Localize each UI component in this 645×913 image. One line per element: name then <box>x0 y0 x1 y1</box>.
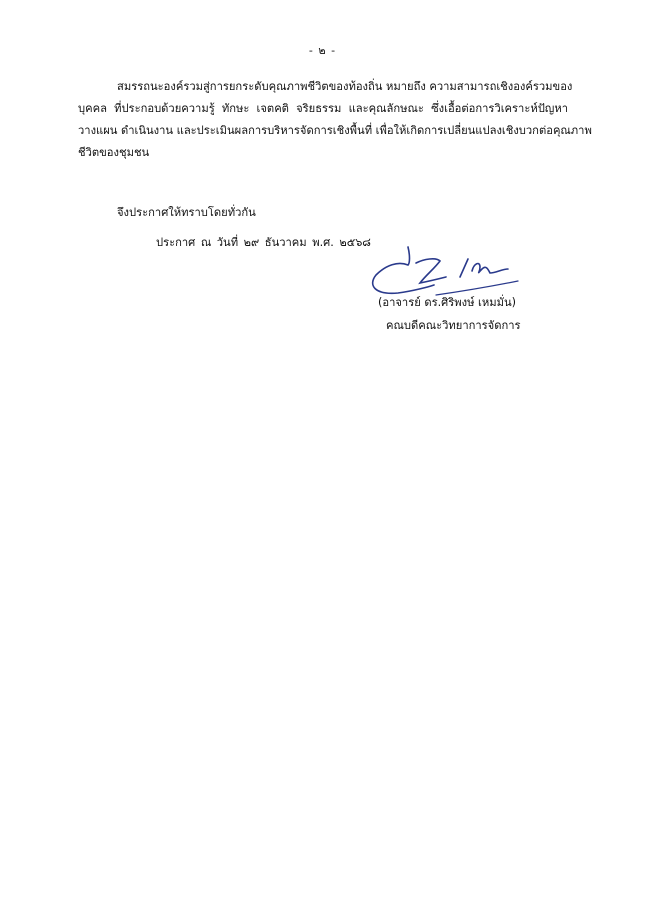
body-paragraph: สมรรถนะองค์รวมสู่การยกระดับคุณภาพชีวิตขอ… <box>78 76 568 164</box>
announcement-text: จึงประกาศให้ทราบโดยทั่วกัน <box>117 203 256 221</box>
paragraph-line: บุคคล ที่ประกอบด้วยความรู้ ทักษะ เจตคติ … <box>78 98 568 120</box>
document-page: - ๒ - สมรรถนะองค์รวมสู่การยกระดับคุณภาพช… <box>0 0 645 913</box>
paragraph-line: วางแผน ดำเนินงาน และประเมินผลการบริหารจั… <box>78 120 568 142</box>
signer-name: (อาจารย์ ดร.ศิริพงษ์ เหมมั่น) <box>378 293 516 311</box>
paragraph-line: ชีวิตของชุมชน <box>78 142 568 164</box>
signer-title: คณบดีคณะวิทยาการจัดการ <box>386 316 521 334</box>
page-number: - ๒ - <box>0 41 645 59</box>
announcement-date: ประกาศ ณ วันที่ ๒๙ ธันวาคม พ.ศ. ๒๕๖๘ <box>156 233 371 251</box>
paragraph-line: สมรรถนะองค์รวมสู่การยกระดับคุณภาพชีวิตขอ… <box>78 76 568 98</box>
